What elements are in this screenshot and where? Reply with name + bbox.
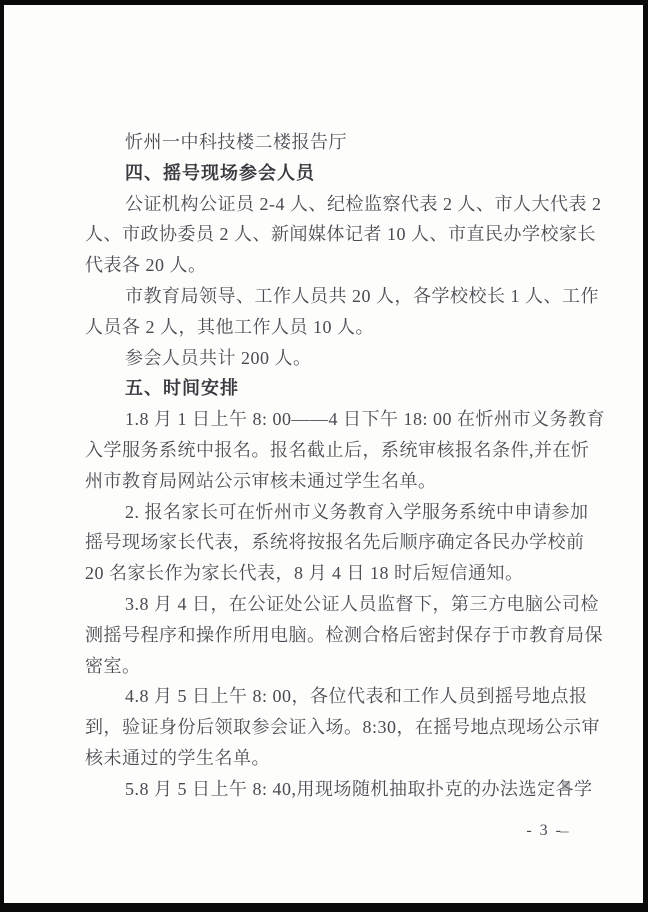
doc-line: 人员各 2 人，其他工作人员 10 人。 [85, 312, 577, 343]
section-heading: 五、时间安排 [85, 373, 577, 404]
doc-line: 入学服务系统中报名。报名截止后，系统审核报名条件,并在忻 [85, 435, 577, 466]
doc-line: 市教育局领导、工作人员共 20 人，各学校校长 1 人、工作 [85, 281, 577, 312]
scan-artifact [562, 781, 570, 791]
doc-line: 代表各 20 人。 [85, 250, 577, 281]
doc-line: 公证机构公证员 2-4 人、纪检监察代表 2 人、市人大代表 2 [85, 189, 577, 220]
doc-line: 测摇号程序和操作所用电脑。检测合格后密封保存于市教育局保 [85, 620, 577, 651]
doc-line: 20 名家长作为家长代表，8 月 4 日 18 时后短信通知。 [85, 558, 577, 589]
doc-line: 3.8 月 4 日，在公证处公证人员监督下，第三方电脑公司检 [85, 589, 577, 620]
doc-line: 参会人员共计 200 人。 [85, 343, 577, 374]
doc-line: 5.8 月 5 日上午 8: 40,用现场随机抽取扑克的办法选定各学 [85, 774, 577, 805]
doc-line: 到，验证身份后领取参会证入场。8:30，在摇号地点现场公示审 [85, 712, 577, 743]
doc-line: 州市教育局网站公示审核未通过学生名单。 [85, 466, 577, 497]
doc-line: 4.8 月 5 日上午 8: 00，各位代表和工作人员到摇号地点报 [85, 681, 577, 712]
paper-sheet: 忻州一中科技楼二楼报告厅 四、摇号现场参会人员 公证机构公证员 2-4 人、纪检… [4, 5, 643, 903]
doc-line: 1.8 月 1 日上午 8: 00——4 日下午 18: 00 在忻州市义务教育 [85, 404, 577, 435]
page-number: - 3 - [526, 822, 563, 840]
doc-line: 人、市政协委员 2 人、新闻媒体记者 10 人、市直民办学校家长 [85, 219, 577, 250]
document-body: 忻州一中科技楼二楼报告厅 四、摇号现场参会人员 公证机构公证员 2-4 人、纪检… [85, 127, 577, 805]
doc-line: 摇号现场家长代表，系统将按报名先后顺序确定各民办学校前 [85, 527, 577, 558]
scanned-page: 忻州一中科技楼二楼报告厅 四、摇号现场参会人员 公证机构公证员 2-4 人、纪检… [0, 0, 648, 912]
doc-line: 密室。 [85, 651, 577, 682]
doc-line: 忻州一中科技楼二楼报告厅 [85, 127, 577, 158]
doc-line: 2. 报名家长可在忻州市义务教育入学服务系统中申请参加 [85, 497, 577, 528]
section-heading: 四、摇号现场参会人员 [85, 158, 577, 189]
doc-line: 核未通过的学生名单。 [85, 743, 577, 774]
scan-artifact [560, 831, 569, 833]
